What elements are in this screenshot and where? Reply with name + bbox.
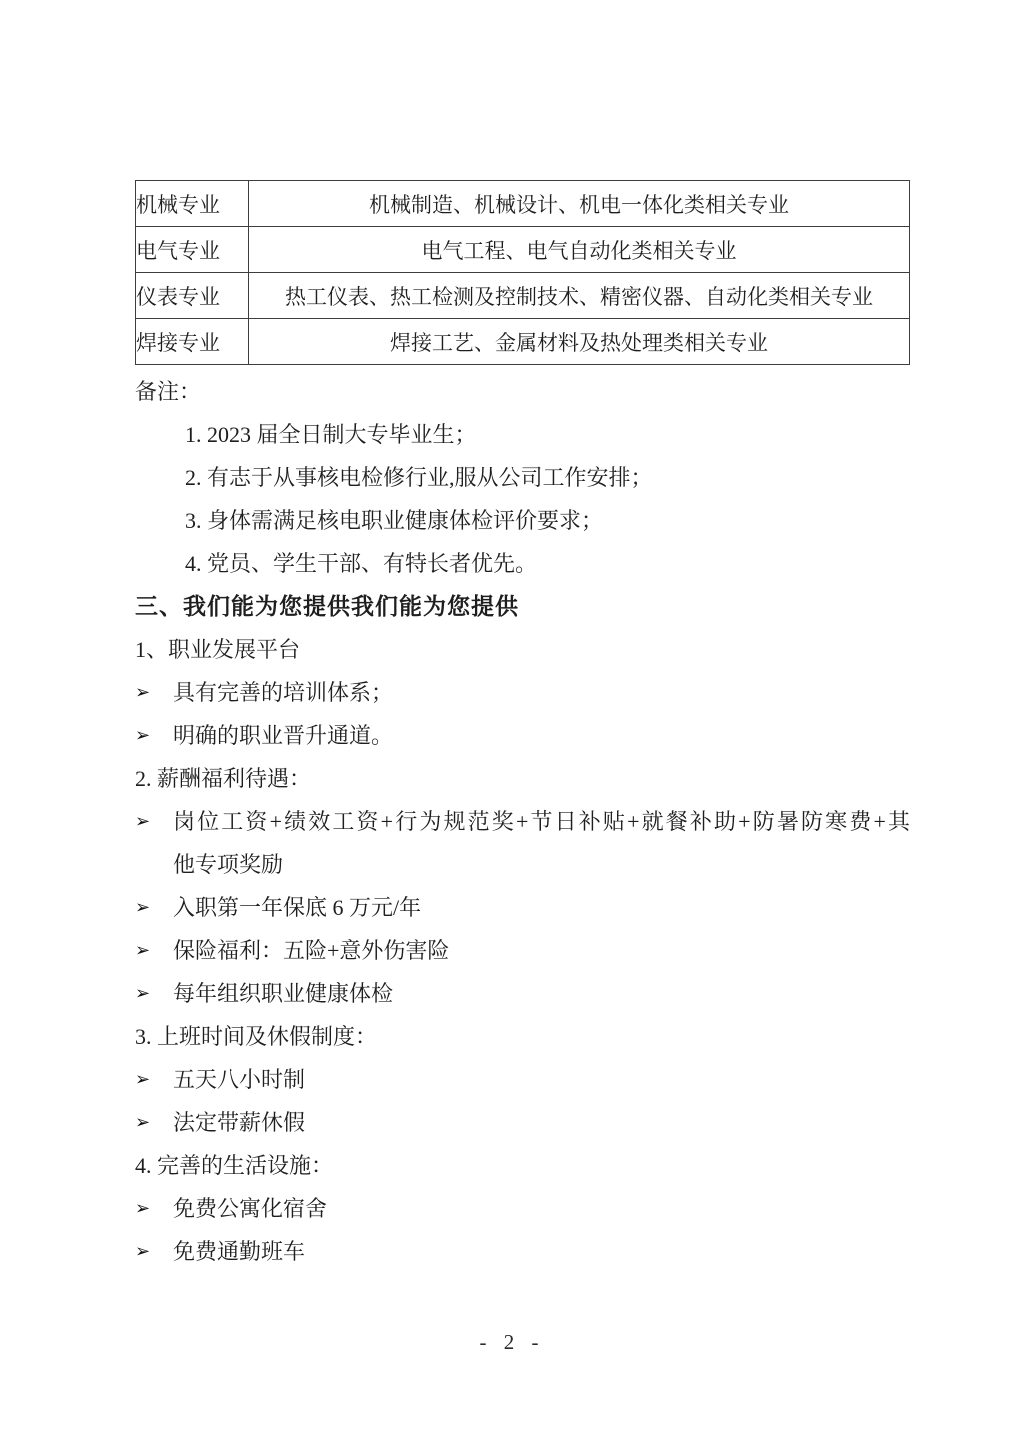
bullet-arrow-icon: ➢ xyxy=(135,714,150,757)
related-majors-cell: 热工仪表、热工检测及控制技术、精密仪器、自动化类相关专业 xyxy=(249,273,910,319)
bullet-arrow-icon: ➢ xyxy=(135,671,150,714)
bullet-line: 每年组织职业健康体检 xyxy=(173,972,910,1015)
bullet-line: 入职第一年保底 6 万元/年 xyxy=(173,886,910,929)
bullet-line: 免费通勤班车 xyxy=(173,1230,910,1273)
bullet-item: ➢具有完善的培训体系； xyxy=(135,671,910,714)
numbered-item: 2. 有志于从事核电检修行业,服从公司工作安排； xyxy=(135,456,910,499)
bullet-line: 法定带薪休假 xyxy=(173,1101,910,1144)
table-row: 机械专业机械制造、机械设计、机电一体化类相关专业 xyxy=(136,181,910,227)
major-category-cell: 机械专业 xyxy=(136,181,249,227)
numbered-item: 1. 2023 届全日制大专毕业生； xyxy=(135,413,910,456)
bullet-line: 岗位工资+绩效工资+行为规范奖+节日补贴+就餐补助+防暑防寒费+其 xyxy=(173,800,910,843)
table-row: 电气专业电气工程、电气自动化类相关专业 xyxy=(136,227,910,273)
bullet-line: 他专项奖励 xyxy=(173,843,910,886)
related-majors-cell: 焊接工艺、金属材料及热处理类相关专业 xyxy=(249,319,910,365)
paragraph: 2. 薪酬福利待遇： xyxy=(135,757,910,800)
bullet-arrow-icon: ➢ xyxy=(135,1187,150,1230)
bullet-item: ➢法定带薪休假 xyxy=(135,1101,910,1144)
bullet-item: ➢岗位工资+绩效工资+行为规范奖+节日补贴+就餐补助+防暑防寒费+其他专项奖励 xyxy=(135,800,910,886)
section-heading: 三、我们能为您提供我们能为您提供 xyxy=(135,585,910,628)
related-majors-cell: 机械制造、机械设计、机电一体化类相关专业 xyxy=(249,181,910,227)
bullet-arrow-icon: ➢ xyxy=(135,800,150,843)
related-majors-cell: 电气工程、电气自动化类相关专业 xyxy=(249,227,910,273)
table-row: 仪表专业热工仪表、热工检测及控制技术、精密仪器、自动化类相关专业 xyxy=(136,273,910,319)
bullet-item: ➢入职第一年保底 6 万元/年 xyxy=(135,886,910,929)
bullet-item: ➢明确的职业晋升通道。 xyxy=(135,714,910,757)
numbered-item: 4. 党员、学生干部、有特长者优先。 xyxy=(135,542,910,585)
bullet-arrow-icon: ➢ xyxy=(135,972,150,1015)
bullet-item: ➢五天八小时制 xyxy=(135,1058,910,1101)
bullet-item: ➢免费公寓化宿舍 xyxy=(135,1187,910,1230)
bullet-arrow-icon: ➢ xyxy=(135,1058,150,1101)
bullet-item: ➢每年组织职业健康体检 xyxy=(135,972,910,1015)
bullet-arrow-icon: ➢ xyxy=(135,1101,150,1144)
table-row: 焊接专业焊接工艺、金属材料及热处理类相关专业 xyxy=(136,319,910,365)
major-category-cell: 仪表专业 xyxy=(136,273,249,319)
major-category-cell: 电气专业 xyxy=(136,227,249,273)
paragraph: 4. 完善的生活设施： xyxy=(135,1144,910,1187)
document-page: 机械专业机械制造、机械设计、机电一体化类相关专业电气专业电气工程、电气自动化类相… xyxy=(0,0,1024,1448)
bullet-line: 具有完善的培训体系； xyxy=(173,671,910,714)
numbered-item: 3. 身体需满足核电职业健康体检评价要求； xyxy=(135,499,910,542)
bullet-line: 明确的职业晋升通道。 xyxy=(173,714,910,757)
bullet-arrow-icon: ➢ xyxy=(135,886,150,929)
bullet-arrow-icon: ➢ xyxy=(135,1230,150,1273)
paragraph: 备注： xyxy=(135,370,910,413)
page-number: - 2 - xyxy=(0,1330,1024,1355)
bullet-line: 免费公寓化宿舍 xyxy=(173,1187,910,1230)
bullet-arrow-icon: ➢ xyxy=(135,929,150,972)
major-category-cell: 焊接专业 xyxy=(136,319,249,365)
bullet-line: 五天八小时制 xyxy=(173,1058,910,1101)
bullet-line: 保险福利：五险+意外伤害险 xyxy=(173,929,910,972)
bullet-item: ➢免费通勤班车 xyxy=(135,1230,910,1273)
bullet-item: ➢保险福利：五险+意外伤害险 xyxy=(135,929,910,972)
majors-table-body: 机械专业机械制造、机械设计、机电一体化类相关专业电气专业电气工程、电气自动化类相… xyxy=(136,181,910,365)
paragraph: 1、职业发展平台 xyxy=(135,628,910,671)
majors-table: 机械专业机械制造、机械设计、机电一体化类相关专业电气专业电气工程、电气自动化类相… xyxy=(135,180,910,365)
content-blocks: 备注：1. 2023 届全日制大专毕业生；2. 有志于从事核电检修行业,服从公司… xyxy=(135,370,910,1273)
paragraph: 3. 上班时间及休假制度： xyxy=(135,1015,910,1058)
